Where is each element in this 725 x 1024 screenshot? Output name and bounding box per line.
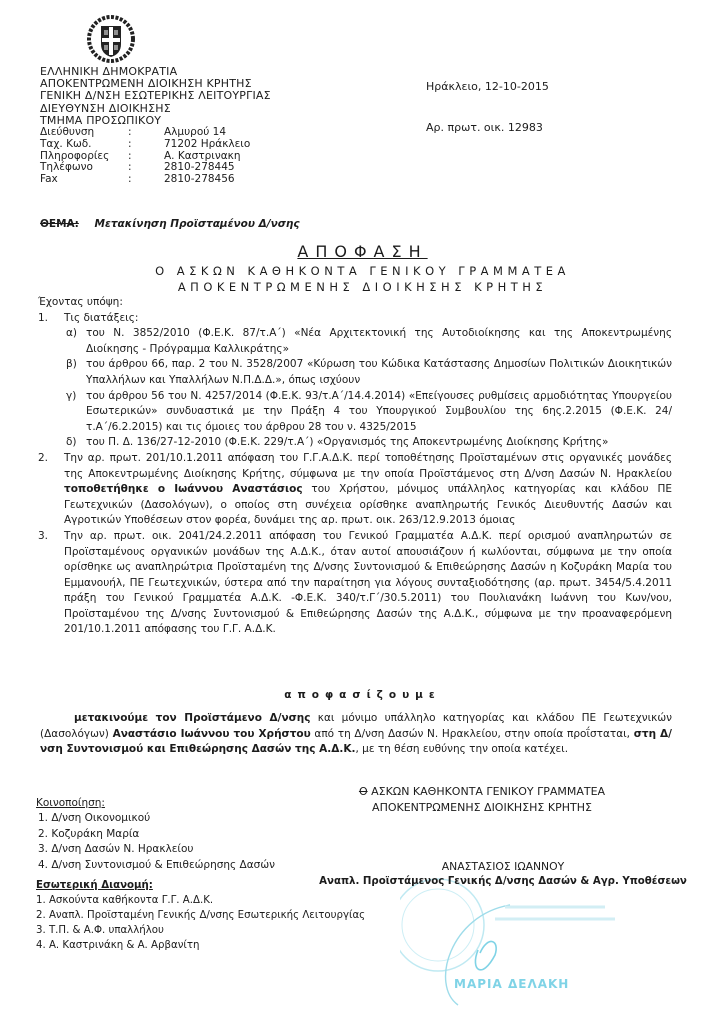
item-text: Τις διατάξεις: <box>64 312 138 324</box>
authority-line: ΑΣΚΩΝ ΚΑΘΗΚΟΝΤΑ ΓΕΝΙΚΟΥ ΓΡΑΜΜΑΤΕΑ <box>368 785 605 798</box>
contact-row-postal-code: Ταχ. Κωδ. : 71202 Ηράκλειο <box>40 139 250 151</box>
provision-d: δ) του Π. Δ. 136/27-12-2010 (Φ.Ε.Κ. 229/… <box>38 435 672 451</box>
provision-text: του άρθρου 56 του Ν. 4257/2014 (Φ.Ε.Κ. 9… <box>86 390 672 433</box>
issuing-authority: ΕΛΛΗΝΙΚΗ ΔΗΜΟΚΡΑΤΙΑ ΑΠΟΚΕΝΤΡΩΜΕΝΗ ΔΙΟΙΚΗ… <box>40 66 271 127</box>
document-title: ΑΠΟΦΑΣΗ <box>0 242 725 261</box>
contact-separator: : <box>128 139 164 151</box>
distribution-item: 1. Ασκούντα καθήκοντα Γ.Γ. Α.Δ.Κ. <box>36 893 365 908</box>
notification-list: Κοινοποίηση: 1. Δ/νση Οικονομικού 2. Κοζ… <box>36 796 275 873</box>
decision-bold: μετακινούμε τον Προϊστάμενο Δ/νσης <box>74 712 311 724</box>
decision-heading: αποφασίζουμε <box>0 689 725 701</box>
decision-plain: , με τη θέση ευθύνης την οποία κατέχει. <box>355 743 568 755</box>
decision-text: μετακινούμε τον Προϊστάμενο Δ/νσης και μ… <box>40 711 672 758</box>
signatory-name: ΑΝΑΣΤΑΣΙΟΣ ΙΩΑΝΝΟΥ <box>318 859 688 874</box>
authority-line: ΑΠΟΚΕΝΤΡΩΜΕΝΗΣ ΔΙΟΙΚΗΣΗΣ ΚΡΗΤΗΣ <box>337 800 627 816</box>
considerations: Έχοντας υπόψη: 1. Τις διατάξεις: α) του … <box>38 295 672 638</box>
contact-value: 2810-278456 <box>164 174 235 186</box>
notification-item: 4. Δ/νση Συντονισμού & Επιθεώρησης Δασών <box>36 858 275 873</box>
considerations-intro: Έχοντας υπόψη: <box>38 295 672 311</box>
contact-label: Ταχ. Κωδ. <box>40 139 128 151</box>
provision-mark: γ) <box>66 389 76 405</box>
notification-heading: Κοινοποίηση: <box>36 796 275 811</box>
contact-info: Διεύθυνση : Αλμυρού 14 Ταχ. Κωδ. : 71202… <box>40 127 250 186</box>
distribution-item: 2. Αναπλ. Προϊσταμένη Γενικής Δ/νσης Εσω… <box>36 908 365 923</box>
internal-distribution: Εσωτερική Διανομή: 1. Ασκούντα καθήκοντα… <box>36 878 365 953</box>
official-stamp-icon <box>400 875 640 1015</box>
subject-line: ΘΕΜΑ: Μετακίνηση Προϊσταμένου Δ/νσης <box>40 218 300 230</box>
issuer-line-1: Ο ΑΣΚΩΝ ΚΑΘΗΚΟΝΤΑ ΓΕΝΙΚΟΥ ΓΡΑΜΜΑΤΕΑ <box>0 264 725 278</box>
item-number: 1. <box>38 311 48 327</box>
subject-text: Μετακίνηση Προϊσταμένου Δ/νσης <box>95 218 300 230</box>
subject-label: ΘΕΜΑ: <box>40 218 79 230</box>
provision-mark: β) <box>66 357 77 373</box>
item-number: 3. <box>38 529 48 545</box>
contact-label: Fax <box>40 174 128 186</box>
signatory: ΑΝΑΣΤΑΣΙΟΣ ΙΩΑΝΝΟΥ Αναπλ. Προϊστάμενος Γ… <box>318 859 688 889</box>
provision-text: του Π. Δ. 136/27-12-2010 (Φ.Ε.Κ. 229/τ.Α… <box>86 436 608 448</box>
distribution-item: 4. Α. Καστρινάκη & Α. Αρβανίτη <box>36 938 365 953</box>
item-text-bold: τοποθετήθηκε ο Ιωάννου Αναστάσιος <box>64 483 303 495</box>
consideration-item-3: 3. Την αρ. πρωτ. οικ. 2041/24.2.2011 από… <box>38 529 672 638</box>
issuer-line-2: ΑΠΟΚΕΝΤΡΩΜΕΝΗΣ ΔΙΟΙΚΗΣΗΣ ΚΡΗΤΗΣ <box>0 280 725 294</box>
consideration-item-2: 2. Την αρ. πρωτ. 201/10.1.2011 απόφαση τ… <box>38 451 672 529</box>
greek-coat-of-arms-icon <box>86 14 136 64</box>
org-line: ΔΙΕΥΘΥΝΣΗ ΔΙΟΙΚΗΣΗΣ <box>40 103 271 115</box>
provision-b: β) του άρθρου 66, παρ. 2 του Ν. 3528/200… <box>38 357 672 388</box>
employee-name: Αναστάσιο Ιωάννου του Χρήστου <box>113 728 311 740</box>
contact-value: 71202 Ηράκλειο <box>164 139 250 151</box>
consideration-item-1: 1. Τις διατάξεις: <box>38 311 672 327</box>
notification-item: 1. Δ/νση Οικονομικού <box>36 811 275 826</box>
internal-distribution-heading: Εσωτερική Διανομή: <box>36 878 365 893</box>
notification-item: 2. Κοζυράκη Μαρία <box>36 827 275 842</box>
item-text: Την αρ. πρωτ. οικ. 2041/24.2.2011 απόφασ… <box>64 530 672 636</box>
place-date: Ηράκλειο, 12-10-2015 <box>426 80 549 93</box>
contact-separator: : <box>128 162 164 174</box>
org-line: ΓΕΝΙΚΗ Δ/ΝΣΗ ΕΣΩΤΕΡΙΚΗΣ ΛΕΙΤΟΥΡΓΙΑΣ <box>40 90 271 102</box>
document-title-text: ΑΠΟΦΑΣΗ <box>297 242 427 261</box>
provision-text: του άρθρου 66, παρ. 2 του Ν. 3528/2007 «… <box>86 358 672 386</box>
distribution-item: 3. Τ.Π. & Α.Φ. υπαλλήλου <box>36 923 365 938</box>
provision-mark: δ) <box>66 435 77 451</box>
provision-c: γ) του άρθρου 56 του Ν. 4257/2014 (Φ.Ε.Κ… <box>38 389 672 436</box>
protocol-number: Αρ. πρωτ. οικ. 12983 <box>426 121 543 134</box>
contact-separator: : <box>128 174 164 186</box>
provision-text: του Ν. 3852/2010 (Φ.Ε.Κ. 87/τ.Α΄) «Νέα Α… <box>86 327 672 355</box>
contact-row-fax: Fax : 2810-278456 <box>40 174 250 186</box>
provision-a: α) του Ν. 3852/2010 (Φ.Ε.Κ. 87/τ.Α΄) «Νέ… <box>38 326 672 357</box>
signatory-role: Αναπλ. Προϊστάμενος Γενικής Δ/νσης Δασών… <box>318 874 688 889</box>
signature-authority: Ο ΑΣΚΩΝ ΚΑΘΗΚΟΝΤΑ ΓΕΝΙΚΟΥ ΓΡΑΜΜΑΤΕΑ ΑΠΟΚ… <box>337 784 627 816</box>
item-text: Την αρ. πρωτ. 201/10.1.2011 απόφαση του … <box>64 452 672 480</box>
authority-article: Ο <box>359 785 368 798</box>
provision-mark: α) <box>66 326 77 342</box>
contact-separator: : <box>128 127 164 139</box>
notification-item: 3. Δ/νση Δασών Ν. Ηρακλείου <box>36 842 275 857</box>
stamp-name: ΜΑΡΙΑ ΔΕΛΑΚΗ <box>454 977 569 991</box>
decision-plain: από τη Δ/νση Δασών Ν. Ηρακλείου, στην οπ… <box>311 728 634 740</box>
contact-separator: : <box>128 151 164 163</box>
item-number: 2. <box>38 451 48 467</box>
